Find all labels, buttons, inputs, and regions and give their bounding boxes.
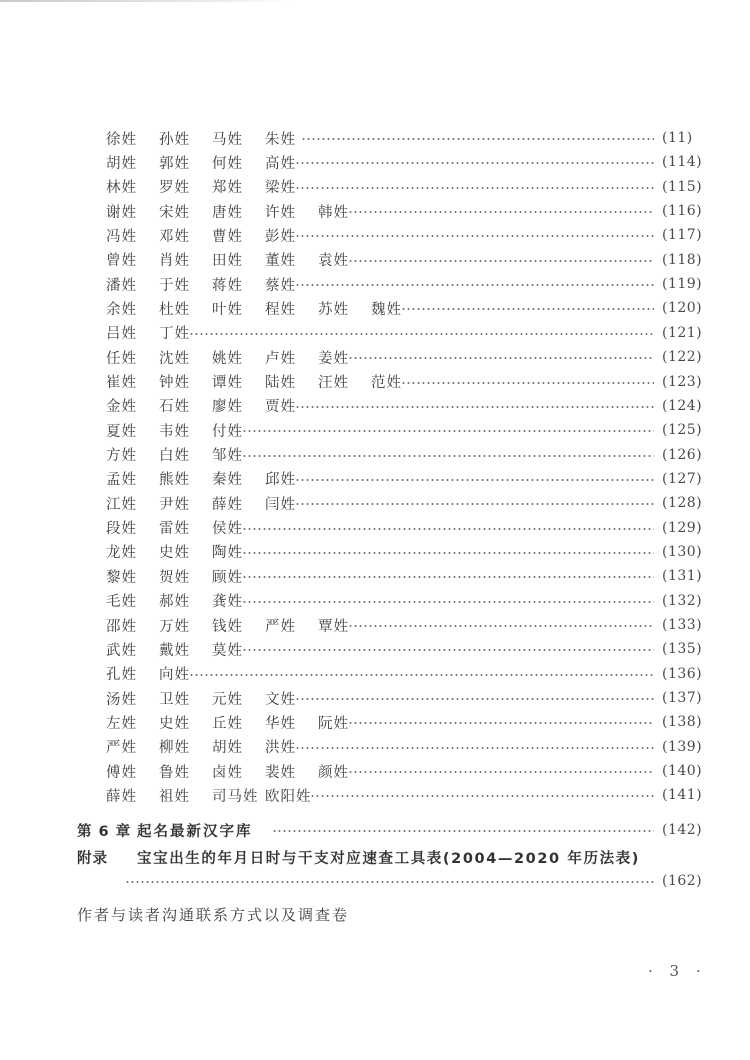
appendix-title: 宝宝出生的年月日时与干支对应速查工具表(2004—2020 年历法表) <box>137 847 640 868</box>
page-number: (138) <box>662 714 702 730</box>
surname: 丘姓 <box>212 712 265 733</box>
page-number: (127) <box>662 471 702 487</box>
dot-leader <box>401 382 654 384</box>
toc-entry[interactable]: 汤姓卫姓元姓文姓(137) <box>0 686 750 710</box>
toc-entry[interactable]: 邵姓万姓钱姓严姓覃姓(133) <box>0 613 750 637</box>
surname: 叶姓 <box>212 298 265 319</box>
surname-group: 吕姓丁姓 <box>106 322 190 343</box>
surname: 曹姓 <box>212 225 265 246</box>
surname: 孙姓 <box>159 128 212 149</box>
page-number: (137) <box>662 690 702 706</box>
surname: 莫姓 <box>212 639 243 660</box>
toc-entry[interactable]: 孔姓向姓(136) <box>0 662 750 686</box>
surname: 郭姓 <box>159 152 212 173</box>
surname: 蒋姓 <box>212 274 265 295</box>
surname: 华姓 <box>265 712 318 733</box>
surname-group: 任姓沈姓姚姓卢姓姜姓 <box>106 347 349 368</box>
page-number: (129) <box>662 520 702 536</box>
page-number: (126) <box>662 447 702 463</box>
surname: 龙姓 <box>106 541 159 562</box>
surname: 林姓 <box>106 176 159 197</box>
surname-group: 冯姓邓姓曹姓彭姓 <box>106 225 296 246</box>
surname: 万姓 <box>159 615 212 636</box>
surname-group: 黎姓贺姓顾姓 <box>106 566 243 587</box>
surname: 熊姓 <box>159 468 212 489</box>
dot-leader <box>348 357 654 359</box>
dot-leader <box>310 795 654 797</box>
surname: 朱姓 <box>265 128 296 149</box>
dot-leader <box>242 430 654 432</box>
surname: 元姓 <box>212 688 265 709</box>
dot-leader <box>295 284 654 286</box>
surname: 武姓 <box>106 639 159 660</box>
dot-leader <box>189 674 654 676</box>
surname-group: 方姓白姓邹姓 <box>106 444 243 465</box>
dot-leader <box>348 625 654 627</box>
surname-group: 孔姓向姓 <box>106 663 190 684</box>
dot-leader <box>295 479 654 481</box>
surname-group: 潘姓于姓蒋姓蔡姓 <box>106 274 296 295</box>
surname: 贾姓 <box>265 395 296 416</box>
toc-entry[interactable]: 冯姓邓姓曹姓彭姓(117) <box>0 223 750 247</box>
dot-leader <box>348 771 654 773</box>
toc-entry[interactable]: 傅姓鲁姓卤姓裴姓颜姓(140) <box>0 759 750 783</box>
chapter-title: 起名最新汉字库 <box>137 820 253 841</box>
surname: 何姓 <box>212 152 265 173</box>
surname: 雷姓 <box>159 517 212 538</box>
surname: 汪姓 <box>318 371 371 392</box>
surname-group: 江姓尹姓薛姓闫姓 <box>106 493 296 514</box>
surname: 马姓 <box>212 128 265 149</box>
toc-entry[interactable]: 方姓白姓邹姓(126) <box>0 443 750 467</box>
page-number: (133) <box>662 617 702 633</box>
surname-group: 金姓石姓廖姓贾姓 <box>106 395 296 416</box>
surname: 程姓 <box>265 298 318 319</box>
surname-group: 胡姓郭姓何姓高姓 <box>106 152 296 173</box>
surname: 唐姓 <box>212 201 265 222</box>
surname: 顾姓 <box>212 566 243 587</box>
dot-leader <box>295 698 654 700</box>
page-number: (11) <box>662 130 693 146</box>
dot-leader <box>348 211 654 213</box>
surname: 范姓 <box>371 371 402 392</box>
toc-entry[interactable]: 林姓罗姓郑姓梁姓(115) <box>0 175 750 199</box>
surname: 陆姓 <box>265 371 318 392</box>
dot-leader <box>242 601 654 603</box>
page-number: (139) <box>662 739 702 755</box>
surname: 邓姓 <box>159 225 212 246</box>
surname: 任姓 <box>106 347 159 368</box>
surname: 石姓 <box>159 395 212 416</box>
page-number: (131) <box>662 568 702 584</box>
toc-entry[interactable]: 江姓尹姓薛姓闫姓(128) <box>0 491 750 515</box>
dot-leader <box>272 830 654 832</box>
surname: 薛姓 <box>106 785 159 806</box>
surname: 于姓 <box>159 274 212 295</box>
surname-group: 龙姓史姓陶姓 <box>106 541 243 562</box>
surname: 肖姓 <box>159 249 212 270</box>
surname-group: 曾姓肖姓田姓董姓袁姓 <box>106 249 349 270</box>
page-number: (119) <box>662 276 702 292</box>
surname: 崔姓 <box>106 371 159 392</box>
toc-appendix[interactable]: 附录 宝宝出生的年月日时与干支对应速查工具表(2004—2020 年历法表) <box>0 845 750 869</box>
surname-group: 孟姓熊姓秦姓邱姓 <box>106 468 296 489</box>
surname: 冯姓 <box>106 225 159 246</box>
surname: 卢姓 <box>265 347 318 368</box>
toc-entry[interactable]: 潘姓于姓蒋姓蔡姓(119) <box>0 272 750 296</box>
surname: 欧阳姓 <box>265 785 312 806</box>
surname: 贺姓 <box>159 566 212 587</box>
surname: 闫姓 <box>265 493 296 514</box>
surname: 洪姓 <box>265 736 296 757</box>
surname: 高姓 <box>265 152 296 173</box>
dot-leader <box>295 747 654 749</box>
page-number: (121) <box>662 325 702 341</box>
surname: 潘姓 <box>106 274 159 295</box>
page-number: (115) <box>662 179 702 195</box>
surname: 毛姓 <box>106 590 159 611</box>
surname-group: 傅姓鲁姓卤姓裴姓颜姓 <box>106 761 349 782</box>
surname: 付姓 <box>212 420 243 441</box>
surname: 邵姓 <box>106 615 159 636</box>
toc-entry[interactable]: 黎姓贺姓顾姓(131) <box>0 564 750 588</box>
surname: 金姓 <box>106 395 159 416</box>
surname: 向姓 <box>159 663 190 684</box>
surname: 文姓 <box>265 688 296 709</box>
surname: 许姓 <box>265 201 318 222</box>
surname: 孟姓 <box>106 468 159 489</box>
surname-group: 毛姓郝姓龚姓 <box>106 590 243 611</box>
surname-group: 余姓杜姓叶姓程姓苏姓魏姓 <box>106 298 402 319</box>
surname: 丁姓 <box>159 322 190 343</box>
surname: 董姓 <box>265 249 318 270</box>
page-number: (117) <box>662 227 702 243</box>
surname-group: 武姓戴姓莫姓 <box>106 639 243 660</box>
dot-leader <box>401 308 654 310</box>
page-number: (114) <box>662 154 702 170</box>
chapter-number: 第 6 章 <box>77 820 131 841</box>
surname: 胡姓 <box>212 736 265 757</box>
page-number: (132) <box>662 593 702 609</box>
surname: 钱姓 <box>212 615 265 636</box>
surname: 胡姓 <box>106 152 159 173</box>
surname: 魏姓 <box>371 298 402 319</box>
surname: 戴姓 <box>159 639 212 660</box>
surname: 谢姓 <box>106 201 159 222</box>
surname: 严姓 <box>106 736 159 757</box>
surname: 侯姓 <box>212 517 243 538</box>
dot-leader <box>242 455 654 457</box>
surname-group: 薛姓祖姓司马姓欧阳姓 <box>106 785 312 806</box>
surname: 杜姓 <box>159 298 212 319</box>
surname-group: 崔姓钟姓谭姓陆姓汪姓范姓 <box>106 371 402 392</box>
dot-leader <box>295 406 654 408</box>
toc-entry[interactable]: 金姓石姓廖姓贾姓(124) <box>0 394 750 418</box>
surname: 覃姓 <box>318 615 349 636</box>
toc-entry[interactable]: 毛姓郝姓龚姓(132) <box>0 589 750 613</box>
page-number: (118) <box>662 252 702 268</box>
surname-group: 邵姓万姓钱姓严姓覃姓 <box>106 615 349 636</box>
surname: 江姓 <box>106 493 159 514</box>
dot-leader <box>295 235 654 237</box>
surname: 左姓 <box>106 712 159 733</box>
dot-leader <box>242 576 654 578</box>
surname: 袁姓 <box>318 249 349 270</box>
surname: 卤姓 <box>212 761 265 782</box>
page-number: (128) <box>662 495 702 511</box>
surname: 黎姓 <box>106 566 159 587</box>
page-number: (122) <box>662 349 702 365</box>
page-number: (135) <box>662 641 702 657</box>
surname: 姚姓 <box>212 347 265 368</box>
surname: 彭姓 <box>265 225 296 246</box>
surname: 廖姓 <box>212 395 265 416</box>
surname: 邱姓 <box>265 468 296 489</box>
toc-entry[interactable]: 徐姓孙姓马姓朱姓(11) <box>0 126 750 150</box>
surname: 徐姓 <box>106 128 159 149</box>
toc-entry[interactable]: 严姓柳姓胡姓洪姓(139) <box>0 735 750 759</box>
surname-group: 段姓雷姓侯姓 <box>106 517 243 538</box>
surname: 史姓 <box>159 712 212 733</box>
dot-leader <box>242 552 654 554</box>
toc-appendix-leader-row: (162) <box>0 869 750 893</box>
page-folio: · 3 · <box>648 962 707 980</box>
surname: 司马姓 <box>212 785 265 806</box>
surname: 孔姓 <box>106 663 159 684</box>
surname: 夏姓 <box>106 420 159 441</box>
surname: 段姓 <box>106 517 159 538</box>
surname: 陶姓 <box>212 541 243 562</box>
surname: 苏姓 <box>318 298 371 319</box>
surname-group: 汤姓卫姓元姓文姓 <box>106 688 296 709</box>
surname-group: 徐姓孙姓马姓朱姓 <box>106 128 296 149</box>
scan-edge <box>0 0 290 2</box>
toc-entry[interactable]: 龙姓史姓陶姓(130) <box>0 540 750 564</box>
page-number: (162) <box>662 873 702 889</box>
surname: 严姓 <box>265 615 318 636</box>
page-number: (142) <box>662 822 702 838</box>
dot-leader <box>295 503 654 505</box>
toc-entry[interactable]: 孟姓熊姓秦姓邱姓(127) <box>0 467 750 491</box>
surname-group: 夏姓韦姓付姓 <box>106 420 243 441</box>
surname: 尹姓 <box>159 493 212 514</box>
toc-entry[interactable]: 曾姓肖姓田姓董姓袁姓(118) <box>0 248 750 272</box>
toc-entry[interactable]: 余姓杜姓叶姓程姓苏姓魏姓(120) <box>0 296 750 320</box>
surname: 宋姓 <box>159 201 212 222</box>
surname: 郑姓 <box>212 176 265 197</box>
surname: 秦姓 <box>212 468 265 489</box>
surname: 龚姓 <box>212 590 243 611</box>
surname: 方姓 <box>106 444 159 465</box>
dot-leader <box>189 333 654 335</box>
surname: 阮姓 <box>318 712 349 733</box>
surname: 韦姓 <box>159 420 212 441</box>
toc-entry[interactable]: 谢姓宋姓唐姓许姓韩姓(116) <box>0 199 750 223</box>
surname: 邹姓 <box>212 444 243 465</box>
closing-entry[interactable]: 作者与读者沟通联系方式以及调查卷 <box>77 904 349 925</box>
toc-entry[interactable]: 任姓沈姓姚姓卢姓姜姓(122) <box>0 345 750 369</box>
dot-leader <box>295 162 654 164</box>
surname: 裴姓 <box>265 761 318 782</box>
surname: 沈姓 <box>159 347 212 368</box>
surname: 卫姓 <box>159 688 212 709</box>
surname: 史姓 <box>159 541 212 562</box>
surname: 蔡姓 <box>265 274 296 295</box>
surname: 姜姓 <box>318 347 349 368</box>
dot-leader <box>348 260 654 262</box>
page-number: (123) <box>662 374 702 390</box>
page-number: (136) <box>662 666 702 682</box>
toc-entry[interactable]: 左姓史姓丘姓华姓阮姓(138) <box>0 710 750 734</box>
appendix-label: 附录 <box>77 847 108 868</box>
surname: 郝姓 <box>159 590 212 611</box>
page-number: (125) <box>662 422 702 438</box>
surname-group: 左姓史姓丘姓华姓阮姓 <box>106 712 349 733</box>
surname-group: 严姓柳姓胡姓洪姓 <box>106 736 296 757</box>
surname: 韩姓 <box>318 201 349 222</box>
dot-leader <box>125 881 655 883</box>
page-number: (116) <box>662 203 702 219</box>
dot-leader <box>295 187 654 189</box>
toc-entry[interactable]: 武姓戴姓莫姓(135) <box>0 637 750 661</box>
dot-leader <box>242 528 654 530</box>
toc-chapter-6[interactable]: 第 6 章 起名最新汉字库 (142) <box>0 818 750 842</box>
surname: 田姓 <box>212 249 265 270</box>
surname: 白姓 <box>159 444 212 465</box>
toc-entry[interactable]: 夏姓韦姓付姓(125) <box>0 418 750 442</box>
toc-entry[interactable]: 崔姓钟姓谭姓陆姓汪姓范姓(123) <box>0 370 750 394</box>
page-number: (141) <box>662 787 702 803</box>
page-number: (120) <box>662 300 702 316</box>
surname-group: 谢姓宋姓唐姓许姓韩姓 <box>106 201 349 222</box>
surname: 吕姓 <box>106 322 159 343</box>
surname: 谭姓 <box>212 371 265 392</box>
surname: 余姓 <box>106 298 159 319</box>
toc-entry[interactable]: 胡姓郭姓何姓高姓(114) <box>0 150 750 174</box>
surname-group: 林姓罗姓郑姓梁姓 <box>106 176 296 197</box>
dot-leader <box>301 138 654 140</box>
toc-entry[interactable]: 薛姓祖姓司马姓欧阳姓(141) <box>0 783 750 807</box>
surname: 钟姓 <box>159 371 212 392</box>
page-number: (140) <box>662 763 702 779</box>
surname: 罗姓 <box>159 176 212 197</box>
surname: 鲁姓 <box>159 761 212 782</box>
page-number: (130) <box>662 544 702 560</box>
surname: 梁姓 <box>265 176 296 197</box>
dot-leader <box>242 649 654 651</box>
page-number: (124) <box>662 398 702 414</box>
surname: 祖姓 <box>159 785 212 806</box>
surname: 薛姓 <box>212 493 265 514</box>
surname: 颜姓 <box>318 761 349 782</box>
surname: 汤姓 <box>106 688 159 709</box>
surname: 柳姓 <box>159 736 212 757</box>
surname: 傅姓 <box>106 761 159 782</box>
surname: 曾姓 <box>106 249 159 270</box>
dot-leader <box>348 722 654 724</box>
toc-entry[interactable]: 段姓雷姓侯姓(129) <box>0 516 750 540</box>
toc-entry[interactable]: 吕姓丁姓(121) <box>0 321 750 345</box>
